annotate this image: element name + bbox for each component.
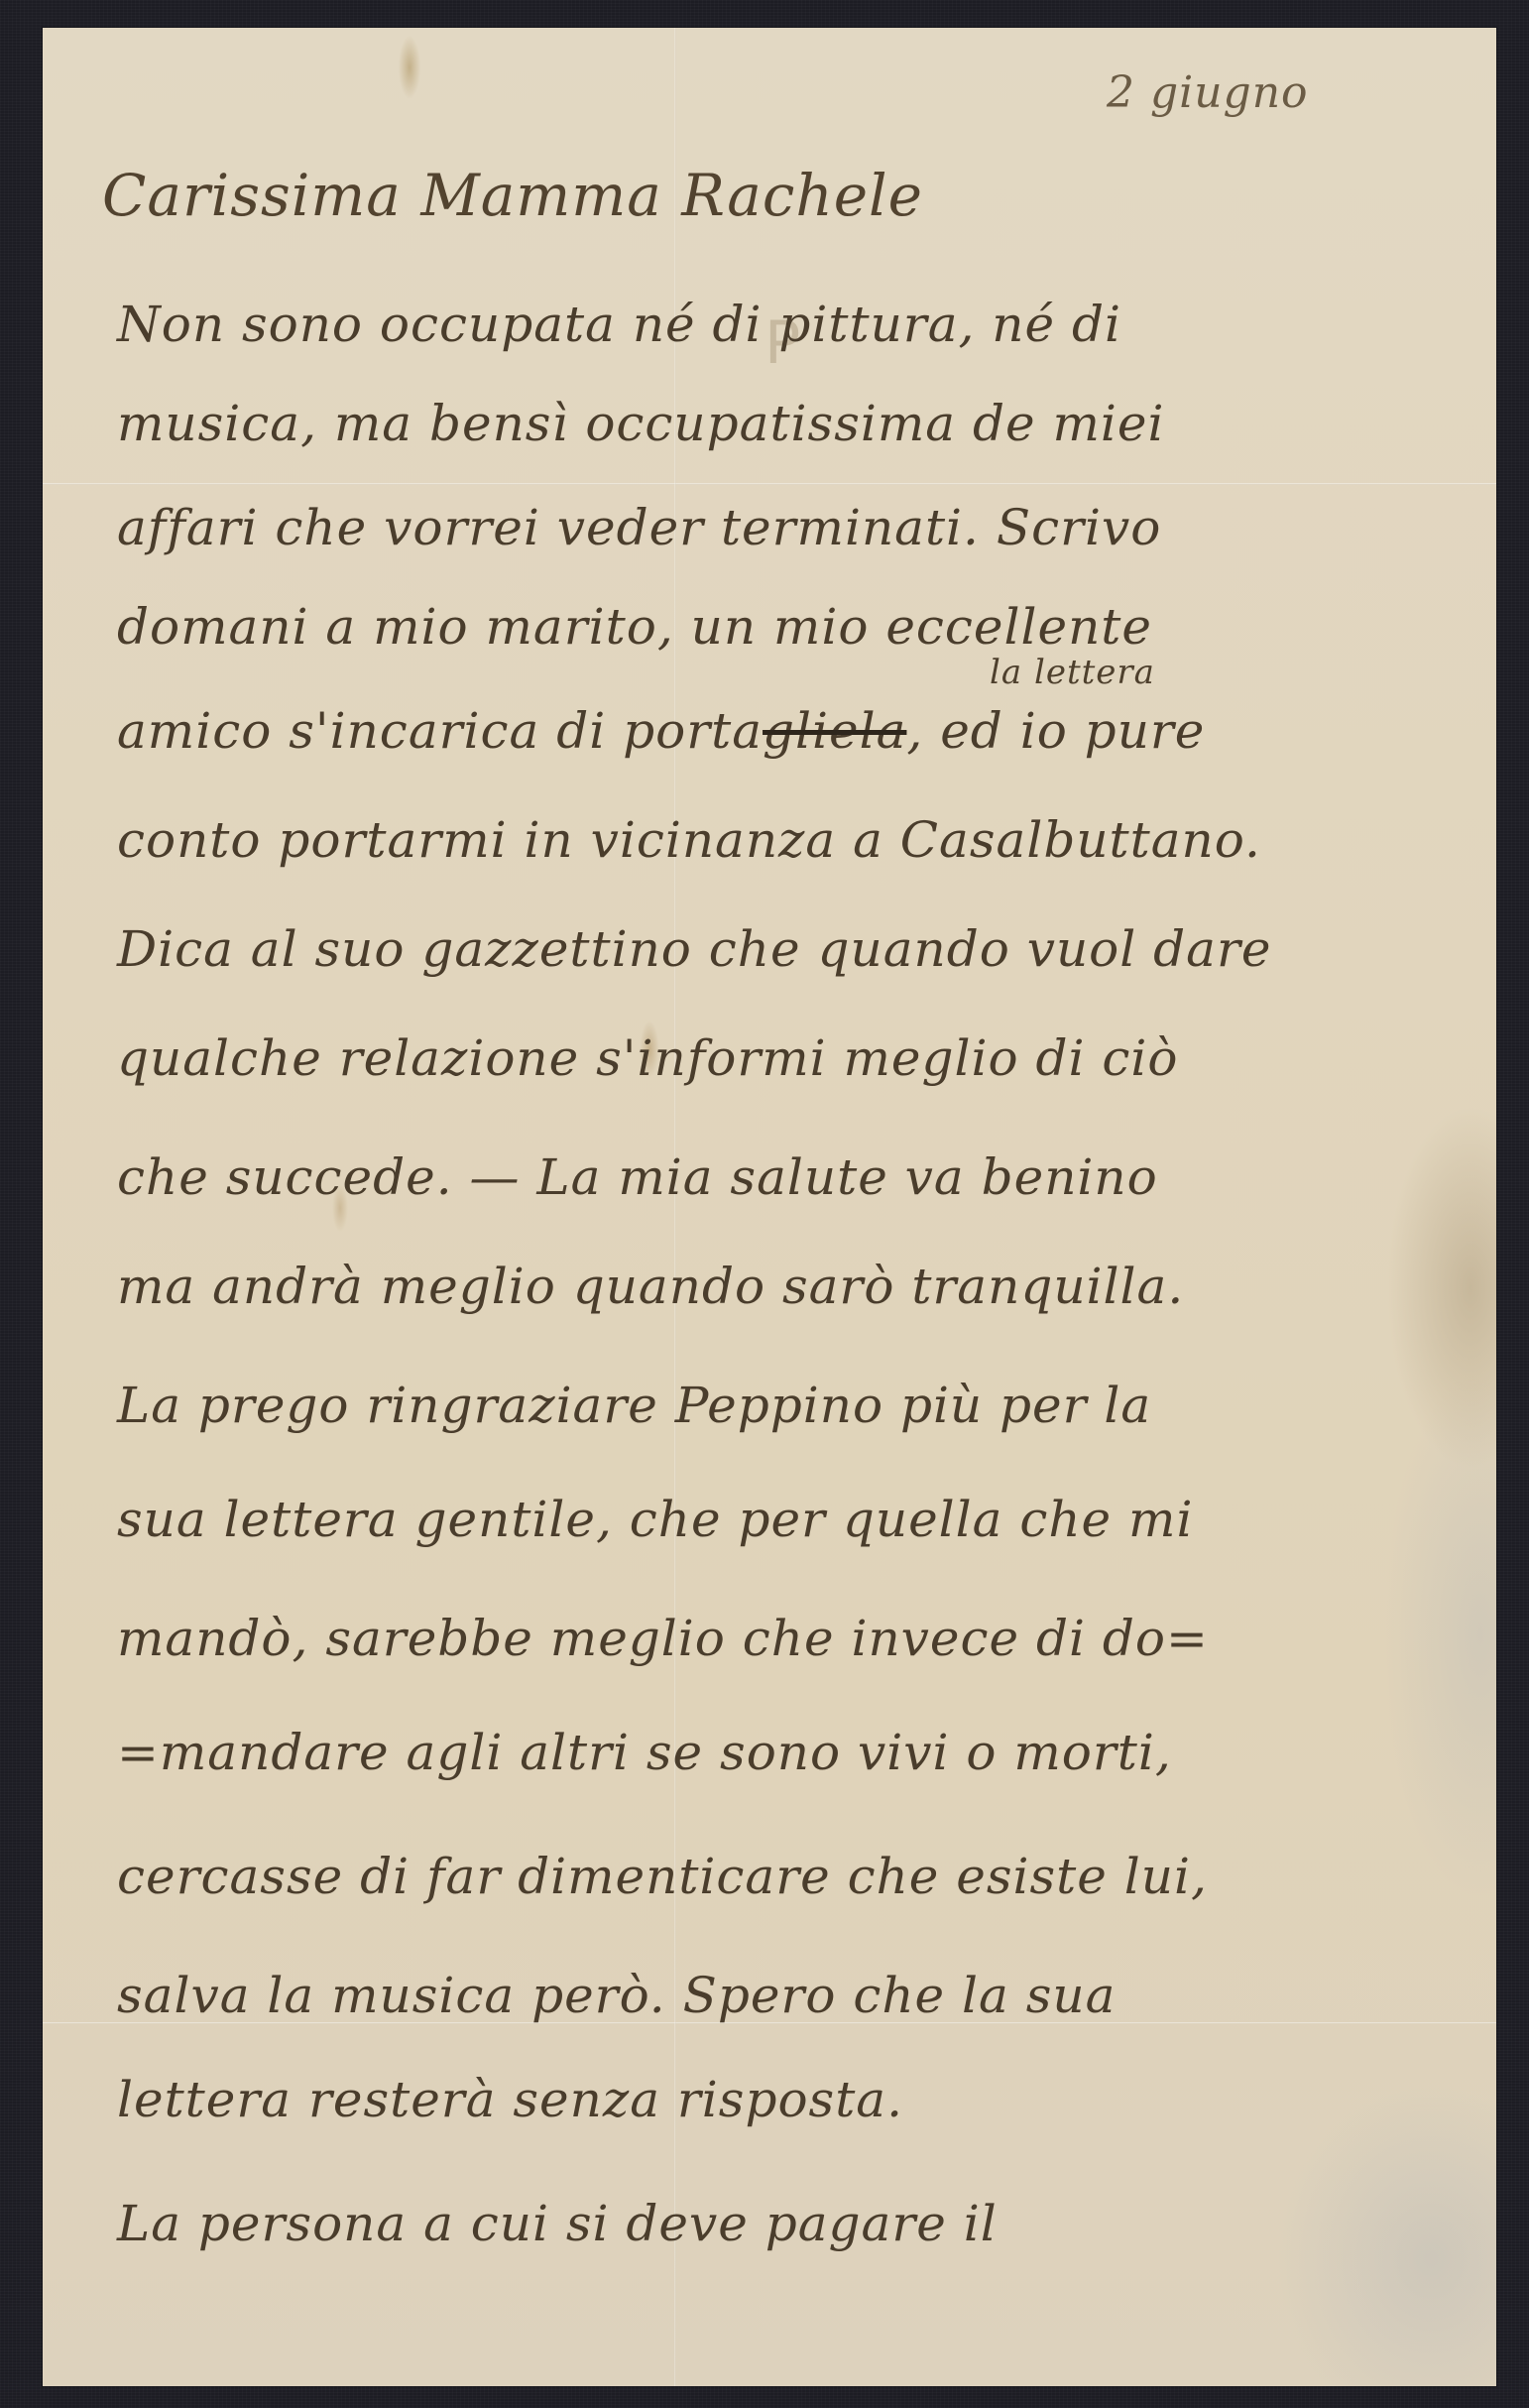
letter-line-10: ma andrà meglio quando sarò tranquilla. [117,1258,1184,1315]
salutation: Carissima Mamma Rachele [102,162,923,229]
letter-line-15: cercasse di far dimenticare che esiste l… [117,1848,1208,1905]
letter-line-6: conto portarmi in vicinanza a Casalbutta… [117,811,1261,869]
interlinear-insertion: la lettera [990,653,1155,692]
fold-line-vertical [674,28,676,2386]
letter-line-11: La prego ringraziare Peppino più per la [117,1377,1151,1434]
letter-line-9: che succede. — La mia salute va benino [117,1148,1158,1206]
line5-after: , ed io pure [906,702,1205,760]
letter-line-12: sua lettera gentile, che per quella che … [117,1491,1193,1548]
letter-line-16: salva la musica però. Spero che la sua [117,1967,1116,2024]
letter-line-1: Non sono occupata né di pittura, né di [117,296,1121,353]
line5-before: amico s'incarica di porta [117,702,763,760]
letter-line-13: mandò, sarebbe meglio che invece di do= [117,1610,1209,1667]
letter-line-2: musica, ma bensì occupatissima de miei [117,395,1164,452]
letter-line-7: Dica al suo gazzettino che quando vuol d… [117,920,1271,978]
letter-line-4: domani a mio marito, un mio eccellente [117,598,1152,656]
letter-sheet: 2 giugno Carissima Mamma Rachele P Non s… [43,28,1496,2386]
letter-line-14: =mandare agli altri se sono vivi o morti… [117,1724,1172,1781]
letter-line-8: qualche relazione s'informi meglio di ci… [117,1029,1179,1087]
letter-line-3: affari che vorrei veder terminati. Scriv… [117,499,1161,556]
fold-line-upper [43,483,1496,485]
date-line: 2 giugno [1107,67,1309,118]
letter-line-18: La persona a cui si deve pagare il [117,2195,998,2252]
letter-line-5: amico s'incarica di portagliela, ed io p… [117,702,1205,760]
struck-word: gliela [763,702,906,760]
letter-line-17: lettera resterà senza risposta. [117,2071,903,2128]
